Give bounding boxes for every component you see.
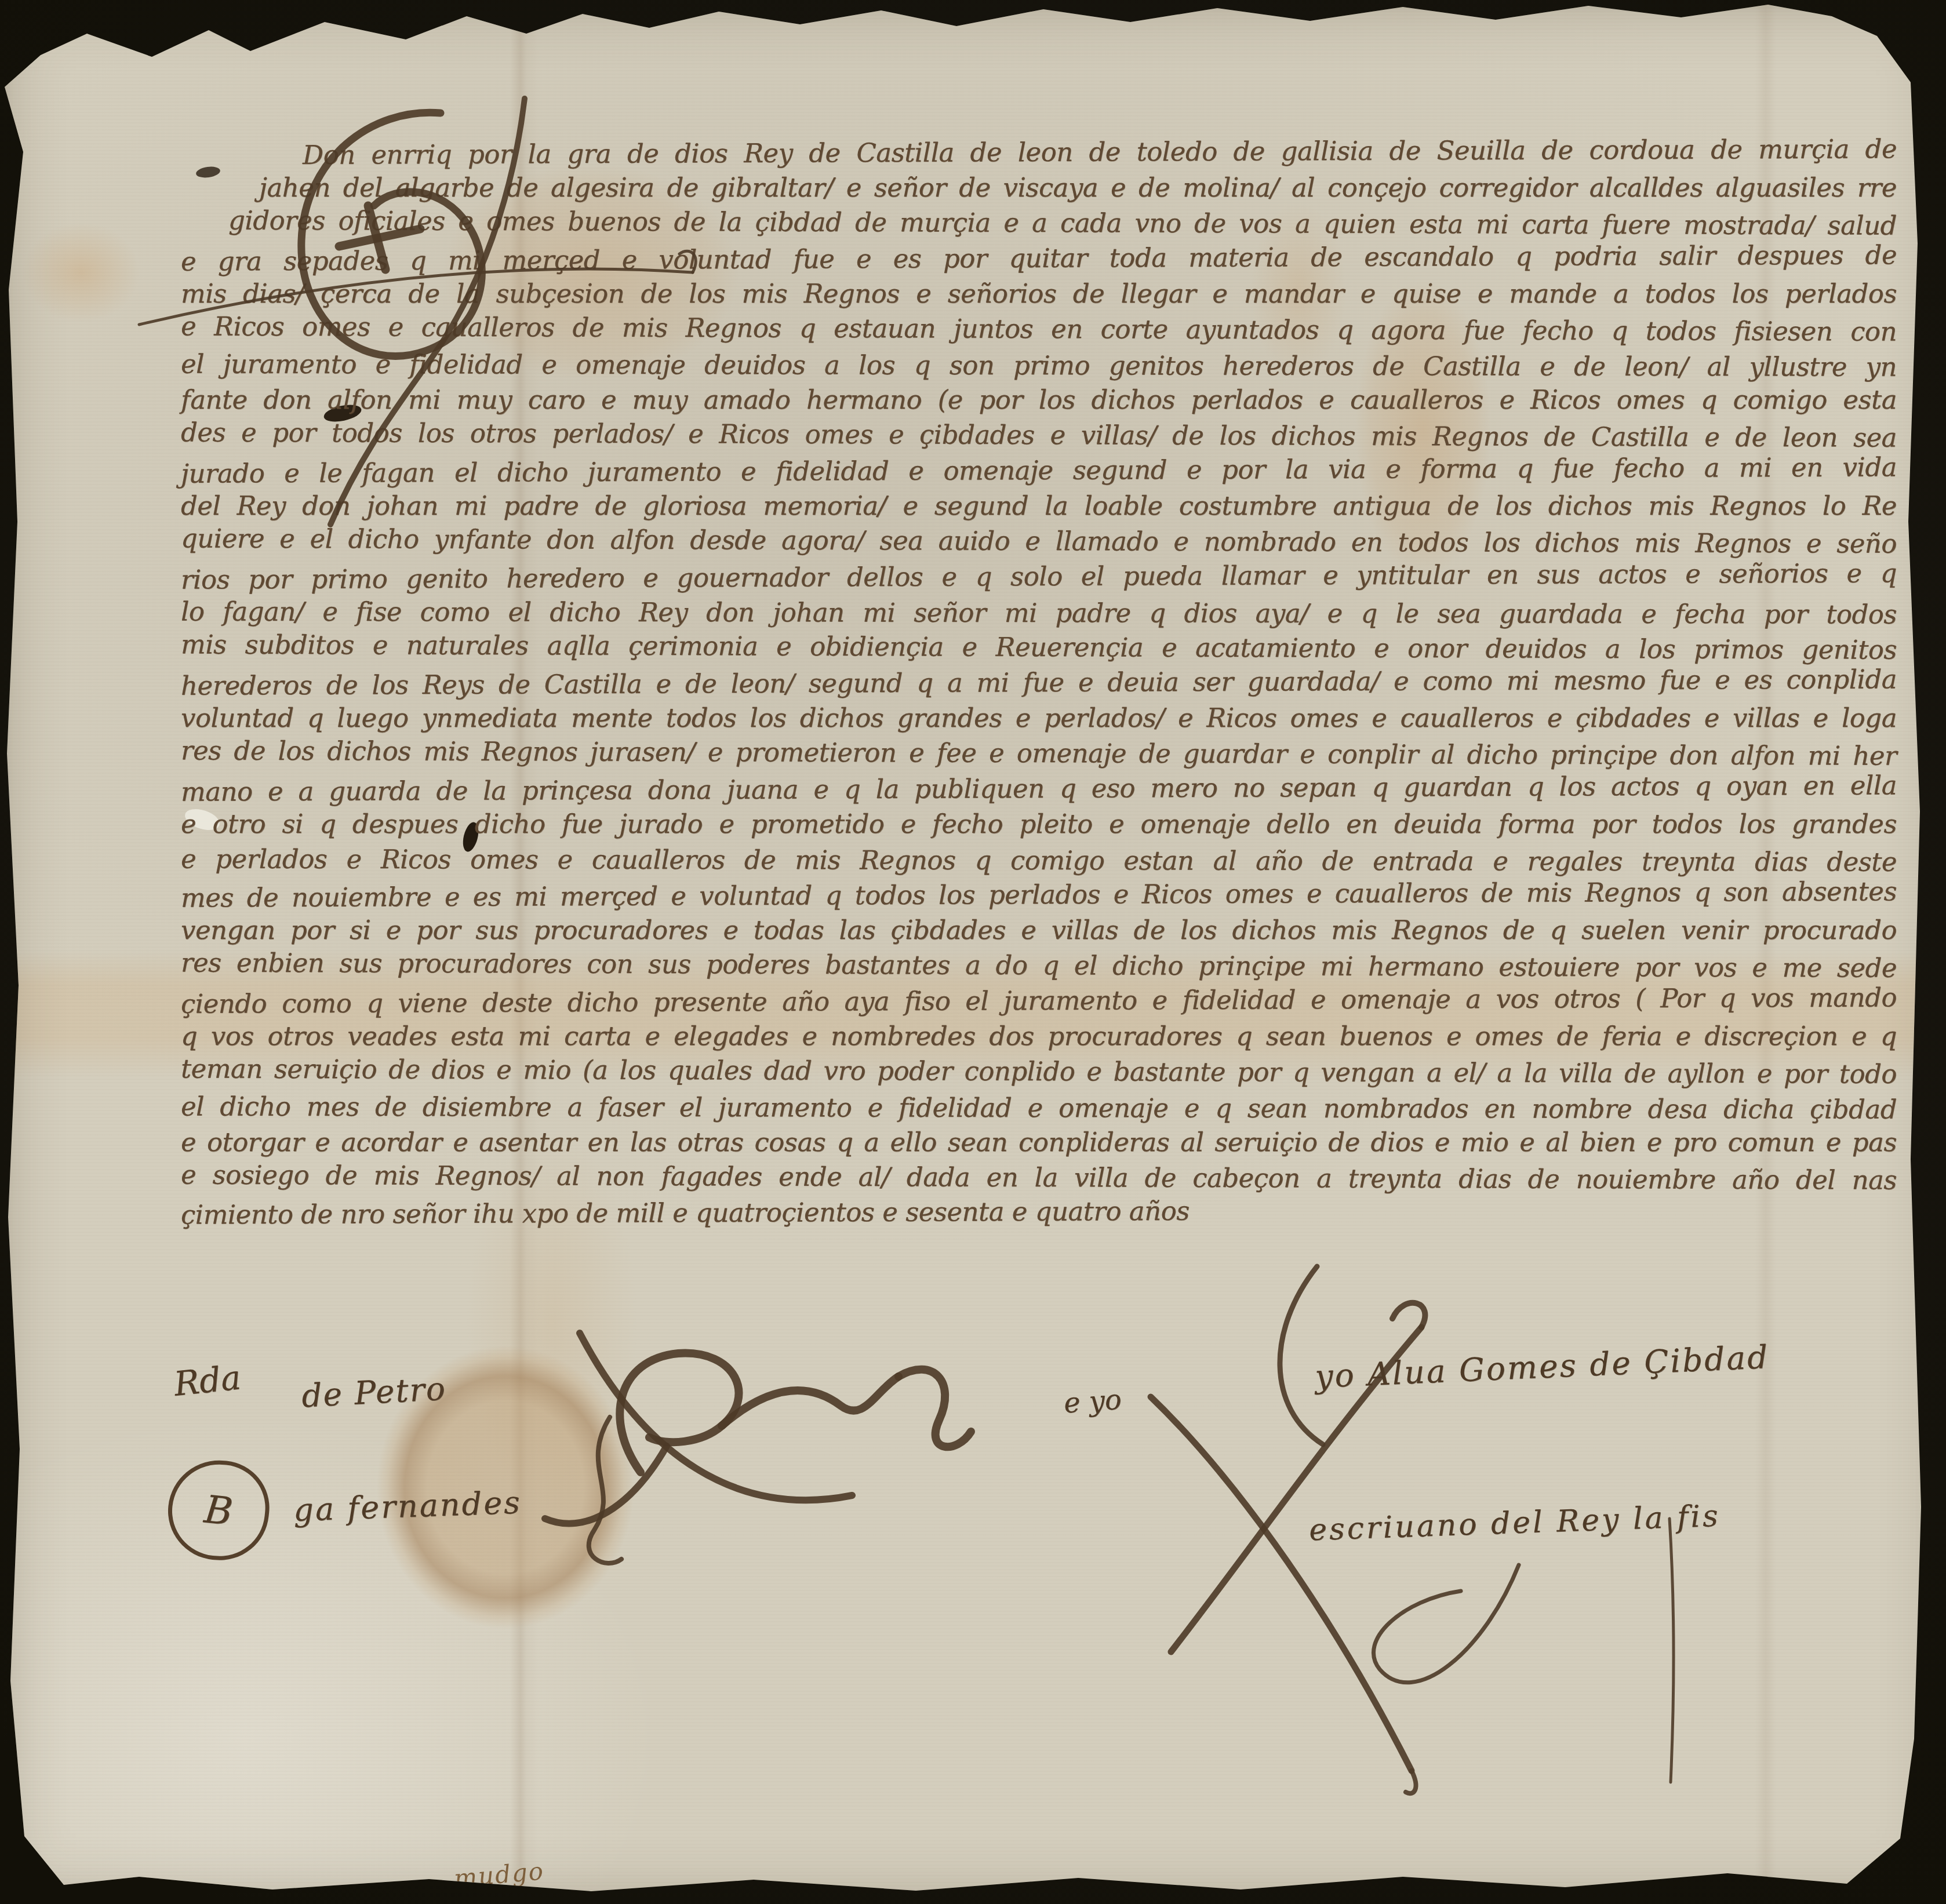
- chancery-flourish: [589, 1417, 621, 1563]
- manuscript-text-line: herederos de los Reys de Castilla e de l…: [181, 661, 1897, 703]
- manuscript-text-line: fante don alfon mi muy caro e muy amado …: [181, 382, 1897, 417]
- manuscript-text-line: q vos otros veades esta mi carta e elega…: [181, 1018, 1897, 1054]
- manuscript-text-line: res enbien sus procuradores con sus pode…: [181, 945, 1897, 985]
- manuscript-text-line: çimiento de nro señor ihu xpo de mill e …: [181, 1193, 1224, 1233]
- manuscript-text-line: gidores oficiales e omes buenos de la çi…: [181, 202, 1897, 243]
- manuscript-text-line: mis subditos e naturales aqlla çerimonia…: [181, 627, 1897, 667]
- chancery-signature: Bga fernandes: [166, 1450, 523, 1561]
- manuscript-text-line: mano e a guarda de la prinçesa dona juan…: [181, 767, 1897, 809]
- manuscript-text-line: lo fagan/ e fise como el dicho Rey don j…: [181, 594, 1897, 632]
- secretary-signature-line-2: escriuano del Rey la fis: [1308, 1499, 1721, 1548]
- manuscript-text-line: quiere e el dicho ynfante don alfon desd…: [181, 520, 1897, 561]
- manuscript-text-line: çiendo como q viene deste dicho presente…: [181, 980, 1897, 1021]
- scan-backdrop: Don enrriq por la gra de dios Rey de Cas…: [0, 0, 1946, 1904]
- manuscript-text-line: vengan por si e por sus procuradores e t…: [181, 912, 1897, 948]
- manuscript-paper-sheet: Don enrriq por la gra de dios Rey de Cas…: [0, 0, 1946, 1904]
- chancery-circled-initial: B: [163, 1455, 274, 1565]
- manuscript-text-line: e gra sepades q mi merçed e voluntad fue…: [181, 237, 1897, 279]
- registration-officer-name: de Petro: [300, 1370, 447, 1415]
- manuscript-text-line: teman seruiçio de dios e mio (a los qual…: [181, 1051, 1897, 1091]
- secretary-connector-text: e yo: [1063, 1384, 1122, 1420]
- manuscript-text-line: mis dias/ çerca de la subçesion de los m…: [181, 276, 1897, 311]
- manuscript-text-line: rios por primo genito heredero e gouerna…: [181, 555, 1897, 597]
- archival-note: mudgo: [453, 1856, 545, 1892]
- manuscript-text-line: del Rey don johan mi padre de gloriosa m…: [181, 488, 1897, 523]
- manuscript-text-line: jahen del algarbe de algesira de gibralt…: [181, 170, 1897, 205]
- manuscript-text-line: des e por todos los otros perlados/ e Ri…: [181, 414, 1897, 455]
- registration-mark: Rda: [172, 1357, 243, 1404]
- manuscript-text-line: mes de nouiembre e es mi merçed e volunt…: [181, 873, 1897, 915]
- manuscript-text-line: el juramento e fidelidad e omenaje deuid…: [181, 346, 1897, 384]
- manuscript-text-line: e otro si q despues dicho fue jurado e p…: [181, 806, 1897, 842]
- manuscript-text-line: res de los dichos mis Regnos jurasen/ e …: [181, 733, 1897, 773]
- secretary-signature-line-1: yo Alua Gomes de Çibdad: [1314, 1338, 1770, 1395]
- manuscript-text-block: Don enrriq por la gra de dios Rey de Cas…: [181, 134, 1897, 1230]
- manuscript-text-line: e perlados e Ricos omes e caualleros de …: [181, 841, 1897, 879]
- manuscript-text-line: el dicho mes de disiembre a faser el jur…: [181, 1088, 1897, 1127]
- manuscript-text-line: e sosiego de mis Regnos/ al non fagades …: [181, 1157, 1897, 1197]
- manuscript-text-line: voluntad q luego ynmediata mente todos l…: [181, 700, 1897, 736]
- royal-rubric-signature: [545, 1333, 971, 1524]
- chancery-officer-name: ga fernandes: [293, 1484, 522, 1528]
- manuscript-text-line: e otorgar e acordar e asentar en las otr…: [181, 1124, 1897, 1160]
- manuscript-text-line: e Ricos omes e caualleros de mis Regnos …: [181, 308, 1897, 349]
- manuscript-text-line: jurado e le fagan el dicho juramento e f…: [181, 449, 1897, 491]
- manuscript-text-line: Don enrriq por la gra de dios Rey de Cas…: [181, 131, 1897, 173]
